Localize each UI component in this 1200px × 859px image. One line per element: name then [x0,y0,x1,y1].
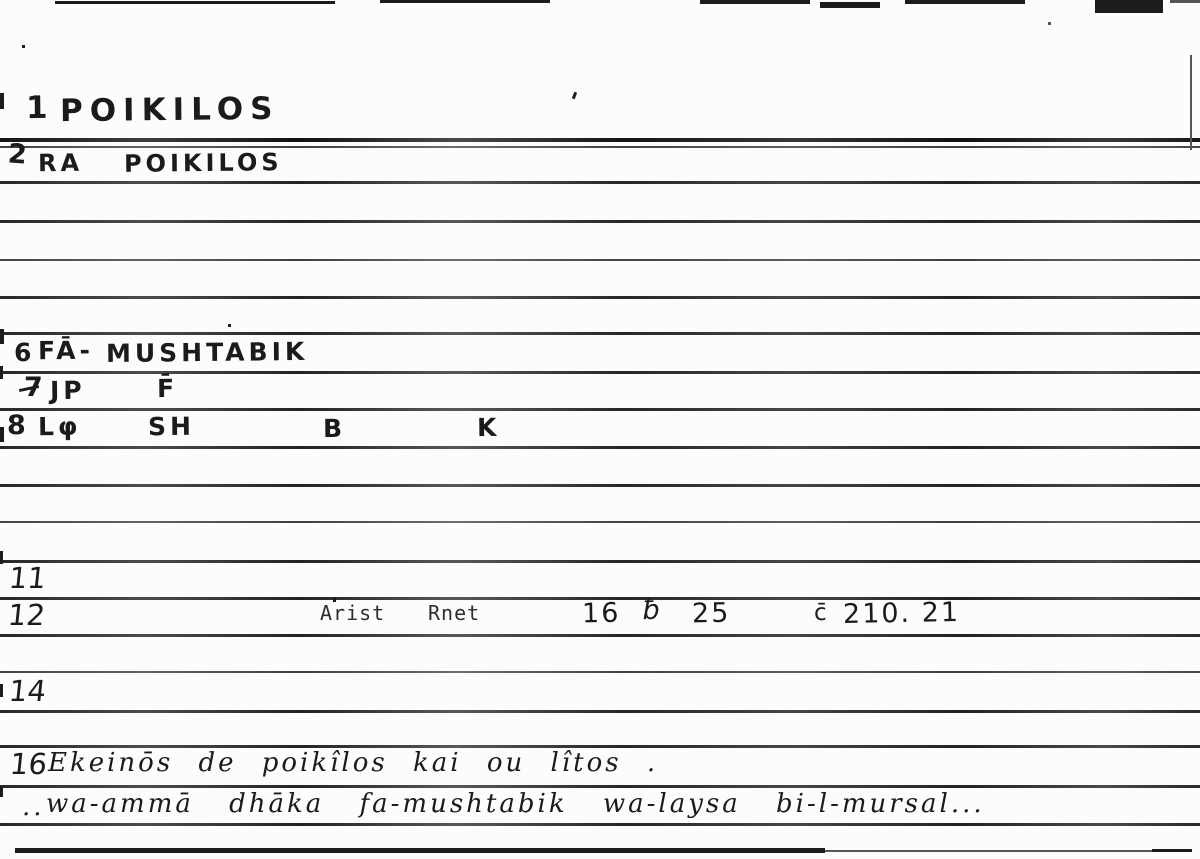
entry-17-text: wa-ammā dhāka fa-mushtabik wa-laysa bi-l… [46,791,985,817]
scan-speck [228,324,231,327]
entry-12-ref-from: 16 [582,600,621,628]
entry-2-number: 2 [7,140,28,168]
entry-1-number: 1 [26,93,55,124]
ruled-line [0,560,1200,563]
entry-16-number: 16 [8,750,48,779]
entry-7-number: 7 [24,374,43,401]
entry-8-word-3: B [323,416,346,441]
scan-artifact [0,93,4,109]
scan-artifact [0,427,4,442]
scan-artifact [820,2,880,8]
entry-6-word-1: FĀ- [38,338,94,364]
entry-12-number: 12 [6,601,46,630]
entry-11-number: 11 [7,564,47,593]
ruled-line [0,710,1200,713]
ruled-line [0,332,1200,335]
ruled-line [0,446,1200,449]
ruled-line [0,181,1200,184]
entry-2-word-2: POIKILOS [124,150,283,176]
scanned-index-card: 1 POIKILOS 2 RA POIKILOS 6 FĀ- MUSHTABIK… [0,0,1200,859]
entry-17-prefix: .. [22,794,45,820]
scan-speck [1048,22,1051,25]
scan-artifact [1152,849,1192,852]
entry-1-word: POIKILOS [60,94,280,127]
scan-artifact [1095,0,1163,13]
entry-6-word-2: MUSHTABIK [106,339,309,366]
ruled-line [0,371,1200,374]
entry-12-ref-separator: ƀ [643,597,663,624]
scan-artifact [905,0,1025,4]
scan-artifact [0,551,3,564]
scan-speck [572,92,577,100]
ruled-line [0,521,1200,523]
entry-12-source-1: Arist [320,603,385,623]
scan-artifact [700,0,810,4]
scan-artifact [0,366,3,379]
entry-7-word-2: F̄ [157,376,178,401]
entry-8-word-4: K [477,415,501,440]
entry-8-word-2: SH [148,414,195,439]
scan-artifact [825,850,1155,852]
entry-12-citation-abbrev: c̄ [814,602,829,625]
entry-14-number: 14 [7,677,47,706]
ruled-line [0,259,1200,261]
ruled-line [0,785,1200,788]
entry-16-text: Ekeinōs de poikîlos kai ou lîtos . [48,750,658,776]
scan-artifact [380,0,550,3]
entry-12-source-2: Rnet [428,603,480,623]
scan-artifact [0,329,4,344]
scan-artifact [55,1,335,4]
ruled-line [0,296,1200,299]
ruled-line [0,634,1200,637]
entry-8-number: 8 [7,412,26,439]
scan-speck [333,597,336,602]
entry-6-number: 6 [14,340,36,365]
scan-artifact [0,786,3,797]
scan-artifact [1170,0,1200,3]
ruled-line [0,823,1200,826]
ruled-line [0,146,1200,148]
entry-8-word-1: Lφ [38,414,82,439]
entry-12-citation-number: 210. 21 [843,599,961,628]
scan-artifact [0,684,3,697]
entry-7-word-1: JP [50,378,86,403]
ruled-line [0,408,1200,411]
scan-artifact [15,848,825,853]
scan-artifact [1190,55,1192,150]
ruled-line [0,138,1200,142]
scan-speck [22,45,25,48]
ruled-line [0,484,1200,487]
entry-12-ref-to: 25 [692,600,731,628]
ruled-line [0,220,1200,223]
entry-2-word-1: RA [38,151,83,175]
ruled-line [0,671,1200,673]
